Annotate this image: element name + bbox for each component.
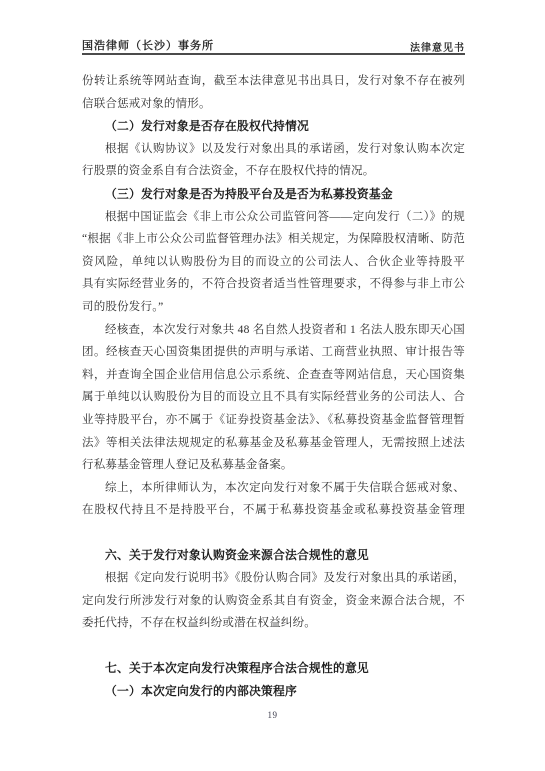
- section-heading: （二）发行对象是否存在股权代持情况: [82, 115, 465, 138]
- text-line: 料，并查询全国企业信用信息公示系统、企查查等网站信息，天心国资集团不: [82, 364, 465, 387]
- text-line: 定向发行所涉发行对象的认购资金系其自有资金，资金来源合法合规，不存在: [82, 590, 465, 613]
- text-line: 根据中国证监会《非上市公众公司监管问答——定向发行（二）》的规定：: [82, 206, 465, 229]
- text-line: 委托代持，不存在权益纠纷或潜在权益纠纷。: [82, 612, 465, 635]
- blank-line: [82, 522, 465, 545]
- header-divider: [82, 53, 465, 55]
- law-firm-name: 国浩律师（长沙）事务所: [82, 37, 214, 53]
- text-line: 行私募基金管理人登记及私募基金备案。: [82, 454, 465, 477]
- document-page: 国浩律师（长沙）事务所 法律意见书 份转让系统等网站查询，截至本法律意见书出具日…: [0, 0, 545, 771]
- text-line: 团。经核查天心国资集团提供的声明与承诺、工商营业执照、审计报告等材: [82, 341, 465, 364]
- text-line: 经核查，本次发行对象共 48 名自然人投资者和 1 名法人股东即天心国资集: [82, 319, 465, 342]
- text-line: 司的股份发行。”: [82, 296, 465, 319]
- text-line: 综上，本所律师认为，本次定向发行对象不属于失信联合惩戒对象、不存: [82, 477, 465, 500]
- text-line: 根据《认购协议》以及发行对象出具的承诺函，发行对象认购本次定向发: [82, 138, 465, 161]
- section-heading: 六、关于发行对象认购资金来源合法合规性的意见: [82, 544, 465, 567]
- section-heading: （一）本次定向发行的内部决策程序: [82, 680, 465, 703]
- text-line: 行股票的资金系自有合法资金，不存在股权代持的情况。: [82, 160, 465, 183]
- text-line: 具有实际经营业务的，不符合投资者适当性管理要求，不得参与非上市公众公: [82, 273, 465, 296]
- page-number: 19: [0, 710, 545, 720]
- blank-line: [82, 635, 465, 658]
- text-line: 份转让系统等网站查询，截至本法律意见书出具日，发行对象不存在被列入失: [82, 70, 465, 93]
- text-line: 资风险，单纯以认购股份为目的而设立的公司法人、合伙企业等持股平台，不: [82, 251, 465, 274]
- text-line: 属于单纯以认购股份为目的而设立且不具有实际经营业务的公司法人、合伙企: [82, 386, 465, 409]
- text-line: 信联合惩戒对象的情形。: [82, 93, 465, 116]
- text-line: “根据《非上市公众公司监督管理办法》相关规定，为保障股权清晰、防范融: [82, 228, 465, 251]
- text-line: 法》等相关法律法规规定的私募基金及私募基金管理人，无需按照上述法规进: [82, 432, 465, 455]
- text-line: 业等持股平台，亦不属于《证券投资基金法》、《私募投资基金监督管理暂行办: [82, 409, 465, 432]
- text-line: 根据《定向发行说明书》《股份认购合同》及发行对象出具的承诺函，本次: [82, 567, 465, 590]
- section-heading: 七、关于本次定向发行决策程序合法合规性的意见: [82, 657, 465, 680]
- document-body: 份转让系统等网站查询，截至本法律意见书出具日，发行对象不存在被列入失信联合惩戒对…: [82, 70, 465, 703]
- section-heading: （三）发行对象是否为持股平台及是否为私募投资基金: [82, 183, 465, 206]
- text-line: 在股权代持且不是持股平台，不属于私募投资基金或私募投资基金管理人。: [82, 499, 465, 522]
- document-type-label: 法律意见书: [410, 39, 465, 54]
